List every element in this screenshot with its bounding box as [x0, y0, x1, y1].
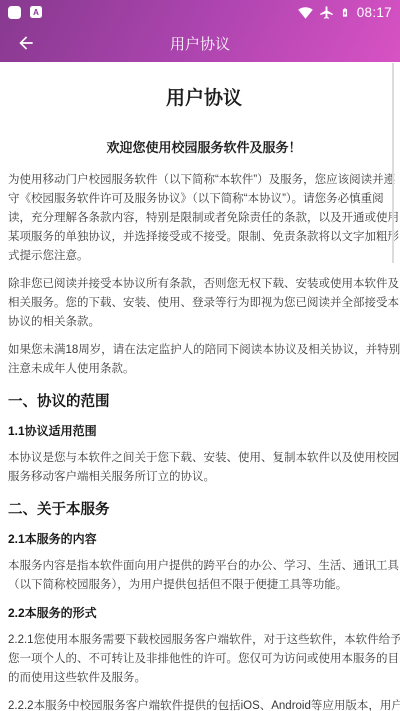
paragraph-line: 为使用移动门户校园服务软件（以下简称“本软件”）及服务，您应该阅读并遵 — [8, 171, 400, 190]
paragraph: 本服务内容是指本软件面向用户提供的跨平台的办公、学习、生活、通讯工具（以下简称校… — [8, 557, 400, 595]
scrollbar-thumb[interactable] — [392, 63, 394, 263]
battery-charging-icon — [340, 5, 350, 20]
section-heading: 二、关于本服务 — [8, 500, 400, 521]
subsection-heading: 1.1协议适用范围 — [8, 423, 400, 440]
status-bar: A 08:17 — [0, 0, 400, 24]
notification-square-icon — [8, 6, 21, 19]
paragraph-line: 相关服务。您的下载、安装、使用、登录等行为即视为您已阅读并全部接受本 — [8, 294, 400, 313]
paragraph: 为使用移动门户校园服务软件（以下简称“本软件”）及服务，您应该阅读并遵守《校园服… — [8, 171, 400, 266]
header: A 08:17 用户协议 — [0, 0, 400, 62]
airplane-mode-icon — [319, 5, 334, 20]
paragraph-line: 守《校园服务软件许可及服务协议》（以下简称“本协议”）。请您务必慎重阅 — [8, 190, 400, 209]
paragraph-line: 2.2.2本服务中校园服务客户端软件提供的包括iOS、Android等应用版本，… — [8, 697, 400, 711]
paragraph: 除非您已阅读并接受本协议所有条款，否则您无权下载、安装或使用本软件及相关服务。您… — [8, 275, 400, 332]
paragraph-line: 本协议是您与本软件之间关于您下载、安装、使用、复制本软件以及使用校园 — [8, 449, 400, 468]
document-subtitle: 欢迎您使用校园服务软件及服务！ — [8, 138, 400, 157]
paragraph: 2.2.1您使用本服务需要下载校园服务客户端软件，对于这些软件，本软件给予您一项… — [8, 631, 400, 688]
section-heading: 一、协议的范围 — [8, 392, 400, 413]
wifi-icon — [298, 6, 313, 19]
paragraph-line: 服务移动客户端相关服务所订立的协议。 — [8, 468, 400, 487]
paragraph-line: 2.2.1您使用本服务需要下载校园服务客户端软件，对于这些软件，本软件给予 — [8, 631, 400, 650]
agreement-content[interactable]: 用户协议 欢迎您使用校园服务软件及服务！ 为使用移动门户校园服务软件（以下简称“… — [0, 62, 400, 711]
paragraph-line: 的而使用这些软件及服务。 — [8, 669, 400, 688]
doc-blocks: 为使用移动门户校园服务软件（以下简称“本软件”）及服务，您应该阅读并遵守《校园服… — [8, 171, 400, 711]
app-bar-title: 用户协议 — [0, 33, 400, 54]
paragraph-line: 注意未成年人使用条款。 — [8, 360, 400, 379]
paragraph: 2.2.2本服务中校园服务客户端软件提供的包括iOS、Android等应用版本，… — [8, 697, 400, 711]
paragraph-line: 式提示您注意。 — [8, 247, 400, 266]
input-method-letter: A — [33, 8, 39, 17]
paragraph-line: 本服务内容是指本软件面向用户提供的跨平台的办公、学习、生活、通讯工具 — [8, 557, 400, 576]
paragraph-line: 读，充分理解各条款内容，特别是限制或者免除责任的条款，以及开通或使用 — [8, 209, 400, 228]
paragraph: 如果您未满18周岁，请在法定监护人的陪同下阅读本协议及相关协议，并特别注意未成年… — [8, 341, 400, 379]
paragraph: 本协议是您与本软件之间关于您下载、安装、使用、复制本软件以及使用校园服务移动客户… — [8, 449, 400, 487]
subsection-heading: 2.1本服务的内容 — [8, 531, 400, 548]
subsection-heading: 2.2本服务的形式 — [8, 605, 400, 622]
screen: A 08:17 用户协议 用户协议 欢迎您使用校园服务软件及 — [0, 0, 400, 711]
clock-time: 08:17 — [357, 5, 392, 20]
paragraph-line: 协议的相关条款。 — [8, 313, 400, 332]
input-method-icon: A — [30, 6, 42, 18]
document-title: 用户协议 — [8, 86, 400, 112]
paragraph-line: 某项服务的单独协议，并选择接受或不接受。限制、免责条款将以文字加粗形 — [8, 228, 400, 247]
app-bar: 用户协议 — [0, 24, 400, 62]
paragraph-line: 如果您未满18周岁，请在法定监护人的陪同下阅读本协议及相关协议，并特别 — [8, 341, 400, 360]
paragraph-line: 您一项个人的、不可转让及非排他性的许可。您仅可为访问或使用本服务的目 — [8, 650, 400, 669]
paragraph-line: 除非您已阅读并接受本协议所有条款，否则您无权下载、安装或使用本软件及 — [8, 275, 400, 294]
paragraph-line: （以下简称校园服务），为用户提供包括但不限于便捷工具等功能。 — [8, 576, 400, 595]
